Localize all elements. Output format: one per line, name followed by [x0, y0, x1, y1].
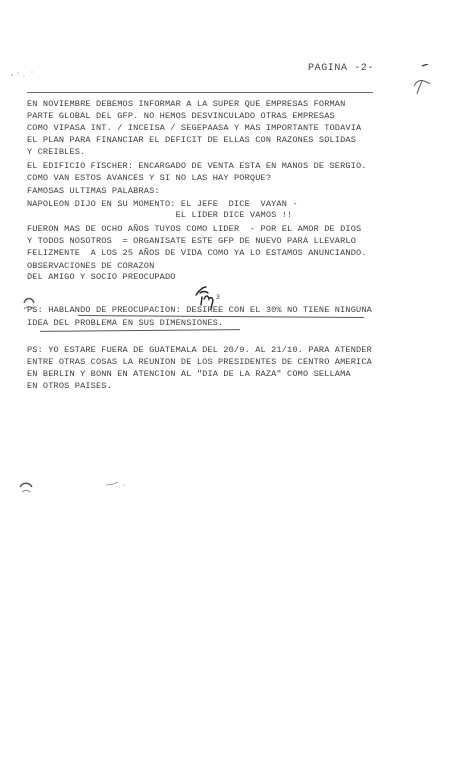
- page-number-header: PAGINA -2-: [308, 63, 374, 74]
- text-line: EL PLAN PARA FINANCIAR EL DEFICIT DE ELL…: [27, 135, 356, 145]
- text-line: EL LIDER DICE VAMOS !!: [27, 210, 292, 220]
- scan-smudge-mark: [104, 480, 128, 488]
- scan-speck-mark: [8, 70, 38, 78]
- text-line: IDEA DEL PROBLEMA EN SUS DIMENSIONES.: [27, 318, 223, 328]
- text-line: DEL AMIGO Y SOCIO PREOCUPADO: [27, 272, 176, 282]
- scan-hole-mark-icon: [18, 481, 34, 495]
- svg-text:3: 3: [216, 294, 220, 301]
- text-line: EN NOVIEMBRE DEBEMOS INFORMAR A LA SUPER…: [27, 99, 345, 109]
- text-line: FAMOSAS ULTIMAS PALABRAS:: [27, 186, 160, 196]
- text-line: COMO VAN ESTOS AVANCES Y SI NO LAS HAY P…: [27, 173, 271, 183]
- text-line: EL EDIFICIO FISCHER: ENCARGADO DE VENTA …: [27, 161, 367, 171]
- handwritten-margin-mark-icon: [410, 64, 434, 96]
- text-line: PS: YO ESTARE FUERA DE GUATEMALA DEL 20/…: [27, 345, 372, 355]
- text-line: FUERON MAS DE OCHO AÑOS TUYOS COMO LIDER…: [27, 224, 361, 234]
- document-page: PAGINA -2- EN NOVIEMBRE DEBEMOS INFORMAR…: [0, 0, 471, 777]
- text-line: PARTE GLOBAL DEL GFP. NO HEMOS DESVINCUL…: [27, 111, 335, 121]
- text-line: Y CREIBLES.: [27, 147, 85, 157]
- handwritten-underline: [40, 329, 240, 332]
- text-line: ENTRE OTRAS COSAS LA REUNION DE LOS PRES…: [27, 357, 372, 367]
- text-line: OBSERVACIONES DE CORAZON: [27, 261, 154, 271]
- text-line: EN BERLIN Y BONN EN ATENCION AL "DIA DE …: [27, 369, 351, 379]
- text-line: PS: HABLANDO DE PREOCUPACION: DESIREE CO…: [27, 305, 372, 315]
- text-line: EN OTROS PAISES.: [27, 381, 112, 391]
- text-line: Y TODOS NOSOTROS = ORGANISATE ESTE GFP D…: [27, 236, 356, 246]
- text-line: FELIZMENTE A LOS 25 AÑOS DE VIDA COMO YA…: [27, 248, 367, 258]
- text-line: NAPOLEON DIJO EN SU MOMENTO: EL JEFE DIC…: [27, 199, 298, 209]
- header-rule-divider: [27, 92, 373, 93]
- text-line: COMO VIPASA INT. / INCEISA / SEGEPAASA Y…: [27, 123, 361, 133]
